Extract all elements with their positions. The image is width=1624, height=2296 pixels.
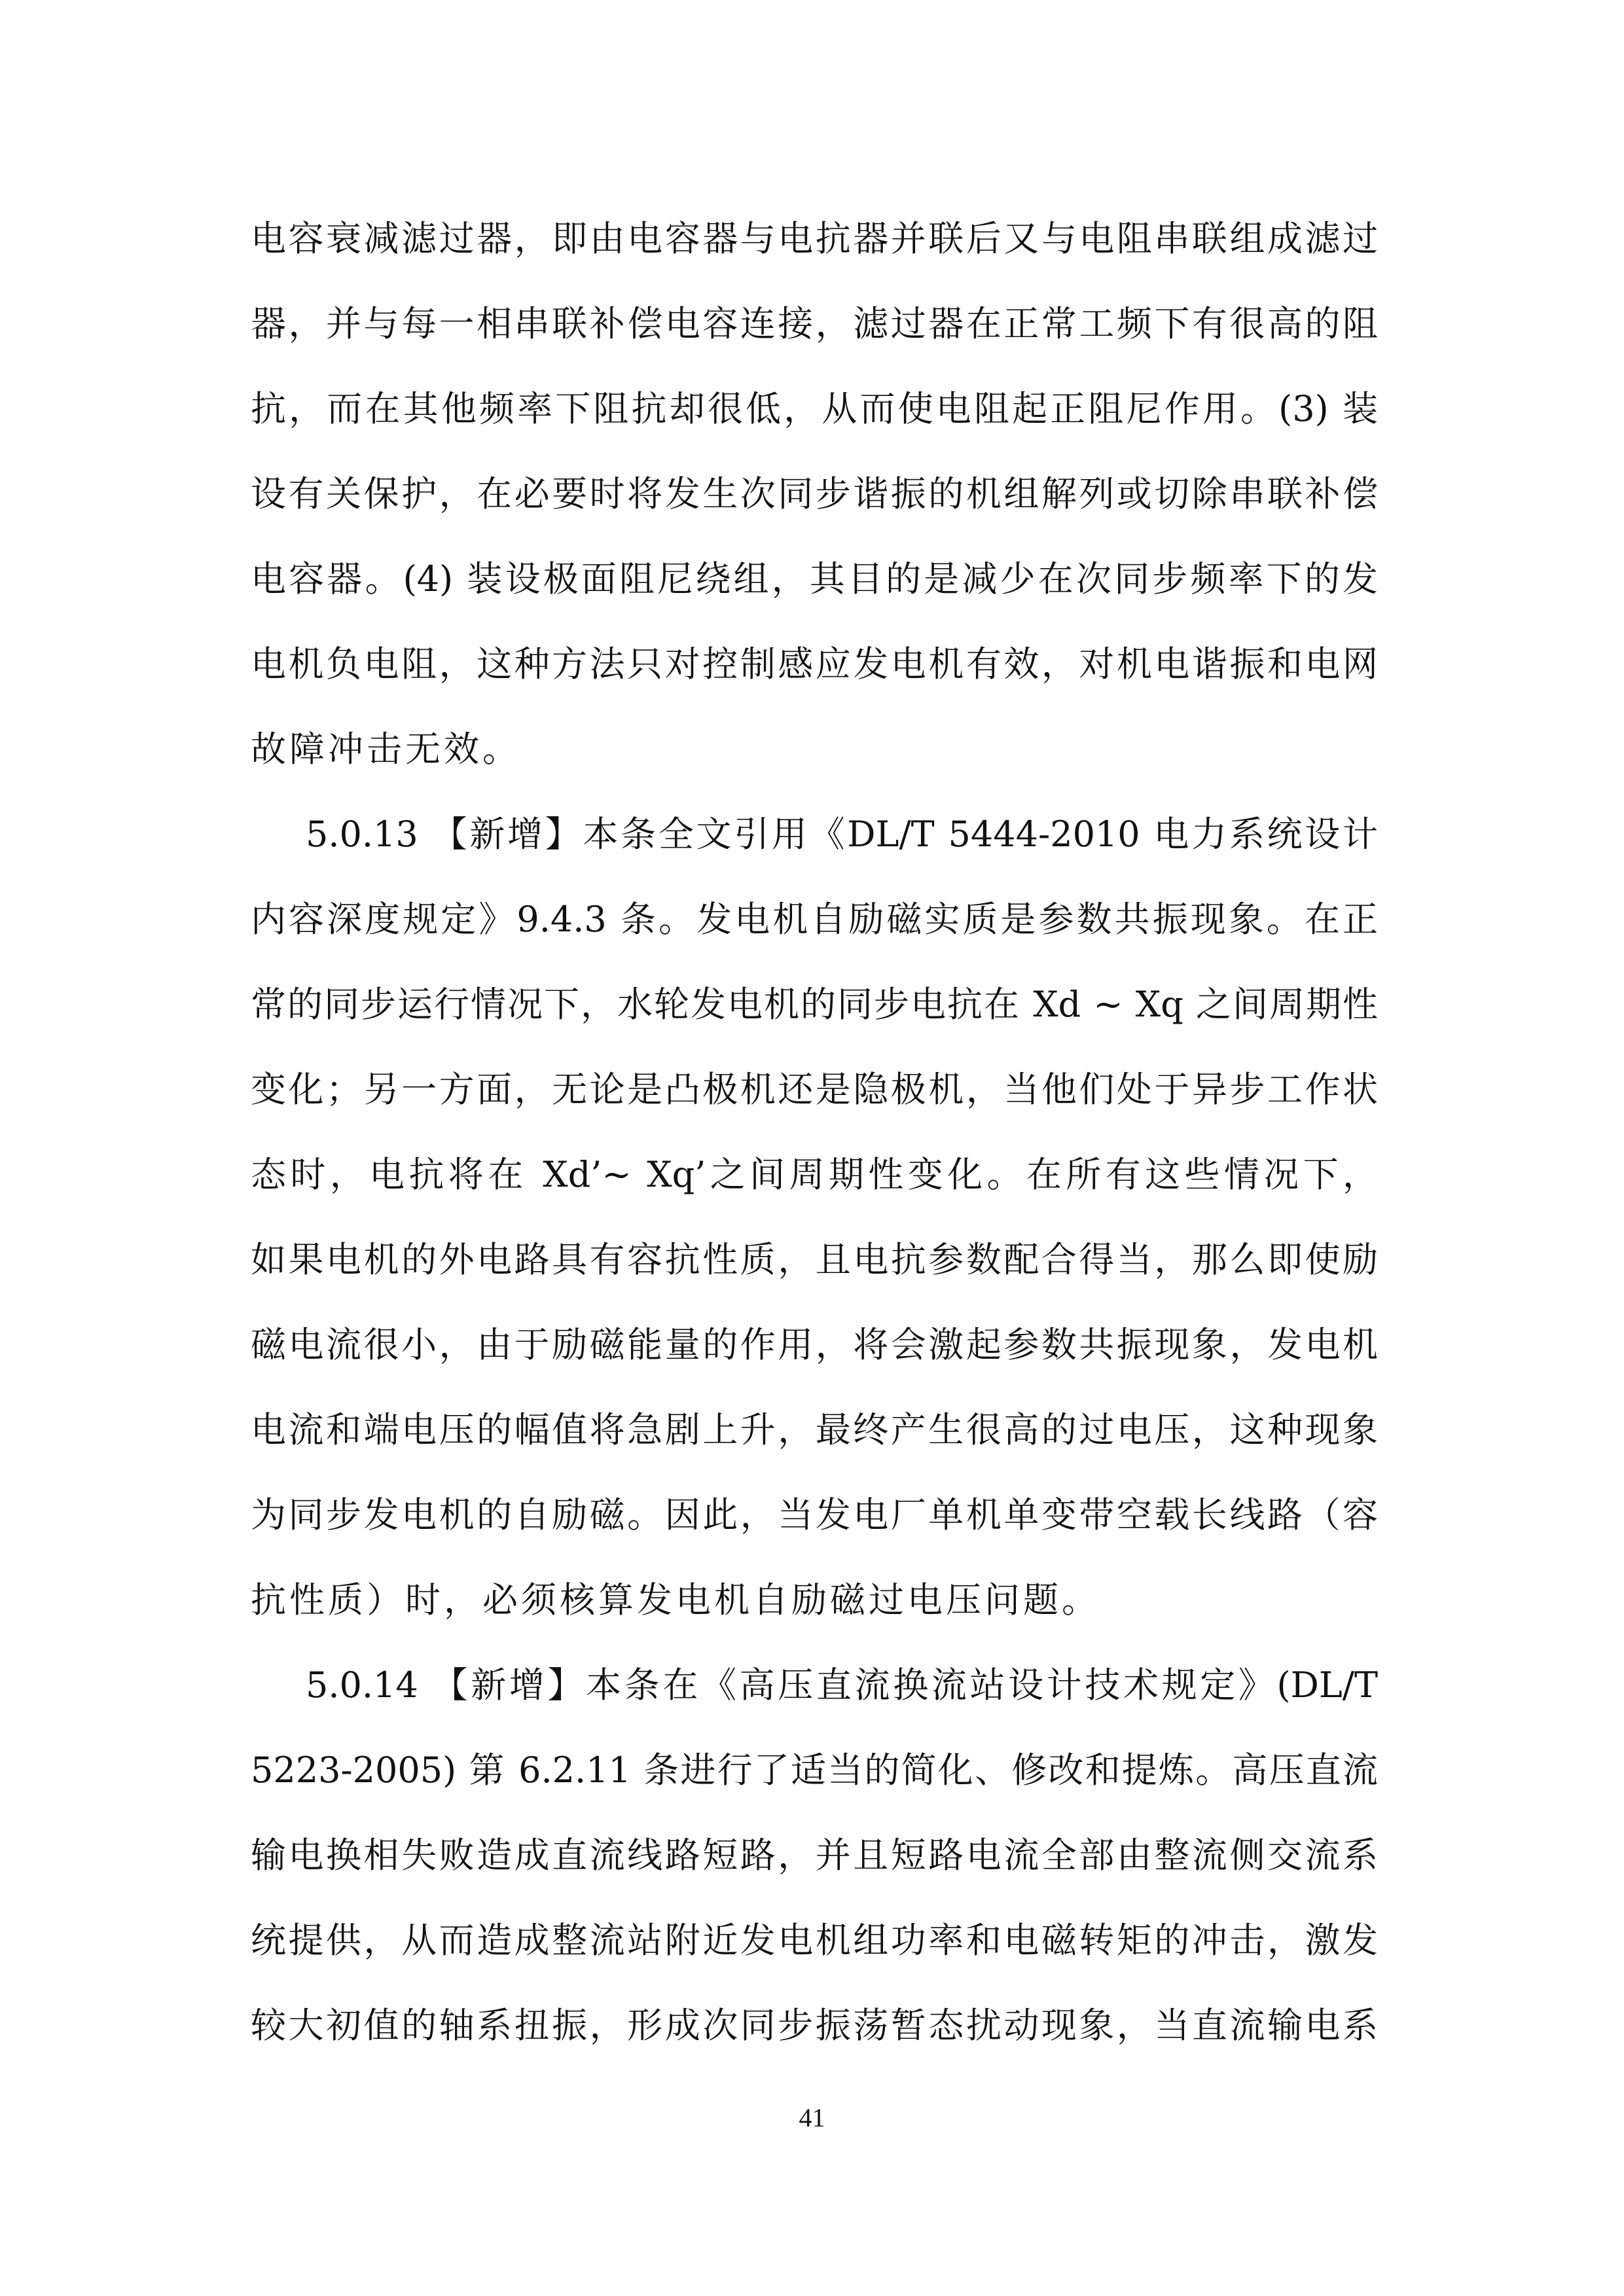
text-line: 电机负电阻，这种方法只对控制感应发电机有效，对机电谐振和电网 <box>251 622 1378 707</box>
text-line: 内容深度规定》9.4.3 条。发电机自励磁实质是参数共振现象。在正 <box>251 877 1378 962</box>
text-line: 统提供，从而造成整流站附近发电机组功率和电磁转矩的冲击，激发 <box>251 1898 1378 1983</box>
page-number: 41 <box>0 2102 1624 2133</box>
text-line: 常的同步运行情况下，水轮发电机的同步电抗在 Xd ~ Xq 之间周期性 <box>251 962 1378 1047</box>
text-line: 故障冲击无效。 <box>251 707 1378 792</box>
text-line: 态时，电抗将在 Xd’~ Xq’之间周期性变化。在所有这些情况下， <box>251 1132 1378 1217</box>
text-line: 变化；另一方面，无论是凸极机还是隐极机，当他们处于异步工作状 <box>251 1047 1378 1132</box>
text-line: 电容器。(4) 装设极面阻尼绕组，其目的是减少在次同步频率下的发 <box>251 537 1378 622</box>
text-line: 抗，而在其他频率下阻抗却很低，从而使电阻起正阻尼作用。(3) 装 <box>251 367 1378 452</box>
clause-heading-line: 5.0.14 【新增】本条在《高压直流换流站设计技术规定》(DL/T <box>251 1643 1378 1728</box>
text-line: 输电换相失败造成直流线路短路，并且短路电流全部由整流侧交流系 <box>251 1813 1378 1898</box>
text-line: 电流和端电压的幅值将急剧上升，最终产生很高的过电压，这种现象 <box>251 1388 1378 1473</box>
paragraph-clause-5-0-14: 5.0.14 【新增】本条在《高压直流换流站设计技术规定》(DL/T 5223-… <box>251 1643 1378 2068</box>
text-line: 5223-2005) 第 6.2.11 条进行了适当的简化、修改和提炼。高压直流 <box>251 1728 1378 1813</box>
text-line: 如果电机的外电路具有容抗性质，且电抗参数配合得当，那么即使励 <box>251 1217 1378 1302</box>
text-line: 为同步发电机的自励磁。因此，当发电厂单机单变带空载长线路（容 <box>251 1473 1378 1558</box>
text-line: 器，并与每一相串联补偿电容连接，滤过器在正常工频下有很高的阻 <box>251 281 1378 367</box>
text-line: 设有关保护，在必要时将发生次同步谐振的机组解列或切除串联补偿 <box>251 452 1378 537</box>
paragraph-continuation: 电容衰减滤过器，即由电容器与电抗器并联后又与电阻串联组成滤过 器，并与每一相串联… <box>251 196 1378 792</box>
body-text: 电容衰减滤过器，即由电容器与电抗器并联后又与电阻串联组成滤过 器，并与每一相串联… <box>251 196 1378 2068</box>
document-page: 电容衰减滤过器，即由电容器与电抗器并联后又与电阻串联组成滤过 器，并与每一相串联… <box>0 0 1624 2296</box>
text-line: 抗性质）时，必须核算发电机自励磁过电压问题。 <box>251 1558 1378 1643</box>
paragraph-clause-5-0-13: 5.0.13 【新增】本条全文引用《DL/T 5444-2010 电力系统设计 … <box>251 792 1378 1643</box>
text-line: 磁电流很小，由于励磁能量的作用，将会激起参数共振现象，发电机 <box>251 1302 1378 1388</box>
clause-heading-line: 5.0.13 【新增】本条全文引用《DL/T 5444-2010 电力系统设计 <box>251 792 1378 877</box>
text-line: 电容衰减滤过器，即由电容器与电抗器并联后又与电阻串联组成滤过 <box>251 196 1378 281</box>
text-line: 较大初值的轴系扭振，形成次同步振荡暂态扰动现象，当直流输电系 <box>251 1983 1378 2068</box>
